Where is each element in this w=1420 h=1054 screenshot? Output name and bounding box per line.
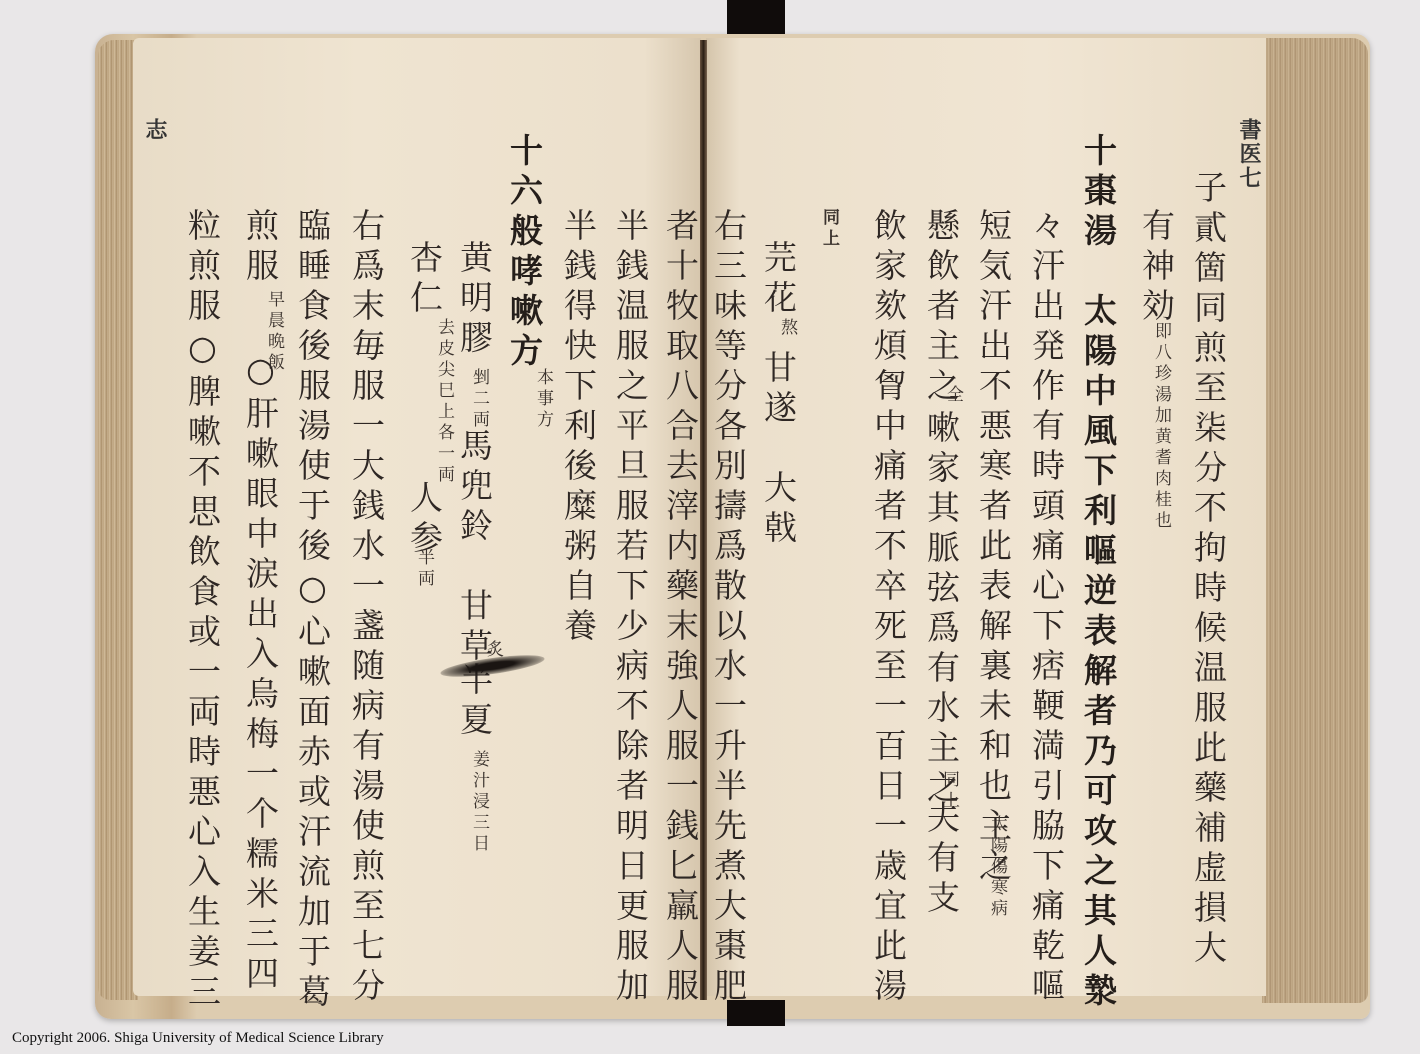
annotation: 半両 <box>415 548 432 590</box>
recipe-heading: 十六般哮嗽方 <box>508 133 541 373</box>
text-column: 有神効 <box>1140 208 1173 328</box>
left-margin-label: 志 <box>140 118 171 142</box>
text-column: 右爲末毎服一大銭水一盞随病有湯使煎至七分 <box>350 208 383 1008</box>
annotation: 即八珍湯加黄耆肉桂也 <box>1152 322 1169 532</box>
text-column: 子貳箇同煎至柒分不拘時候温服此藥補虚損大 <box>1192 170 1225 970</box>
text-column: 臨睡食後服湯使于後○心嗽面赤或汗流加于葛 <box>296 208 329 1014</box>
text-column: 夫有支 <box>925 800 958 920</box>
annotation: 同上 <box>820 208 837 250</box>
text-column: 半銭得快下利後糜粥自養 <box>562 208 595 648</box>
text-column: 者十牧取八合去滓内藥末強人服一銭匕羸人服 <box>664 208 697 1008</box>
left-page-edges <box>98 40 138 1000</box>
text-column: 懸飲者主之 <box>925 208 958 408</box>
gutter <box>700 40 707 1000</box>
text-column: 馬兜鈴 甘草 <box>458 428 491 668</box>
annotation: 姜汁浸三日 <box>470 750 487 855</box>
text-column: ○肝嗽眼中涙出入烏梅一个糯米三四 <box>244 350 277 996</box>
text-column: 右三味等分各別擣爲散以水一升半先煮大棗肥 <box>712 208 745 1008</box>
text-column: 芫花 <box>762 240 795 320</box>
text-column: 黄明膠 <box>458 240 491 360</box>
annotation: 剉二両 <box>470 368 487 431</box>
text-column: 短気汗出不悪寒者此表解裏未和也主之 <box>977 208 1010 888</box>
text-column: 十棗湯 太陽中風下利嘔逆表解者乃可攻之其人漐 <box>1082 133 1115 1013</box>
text-column: 煎服 <box>244 208 277 288</box>
text-column: 嗽家其脈弦爲有水主之 <box>925 410 958 810</box>
right-margin-label: 書医七 <box>1234 118 1265 190</box>
text-column: 半銭温服之平旦服若下少病不除者明日更服加 <box>614 208 647 1008</box>
annotation: 去皮尖巳上各一両 <box>408 318 452 486</box>
text-column: 粒煎服○脾嗽不思飲食或一両時悪心入生姜三 <box>186 208 219 1014</box>
annotation: 熬 <box>778 318 795 339</box>
text-column: 甘遂 大戟 <box>762 350 795 550</box>
text-column: 々汗出発作有時頭痛心下痞鞕満引脇下痛乾嘔 <box>1030 208 1063 1008</box>
text-column: 飲家欬煩胷中痛者不卒死至一百日一歳宜此湯 <box>872 208 905 1008</box>
text-column: 杏仁 <box>408 240 441 320</box>
copyright-caption: Copyright 2006. Shiga University of Medi… <box>12 1030 384 1047</box>
annotation: 全 <box>944 385 961 406</box>
annotation: 太陽傷寒病 <box>988 815 1005 920</box>
right-page-edges <box>1262 38 1368 1003</box>
annotation: 本事方 <box>534 368 551 431</box>
